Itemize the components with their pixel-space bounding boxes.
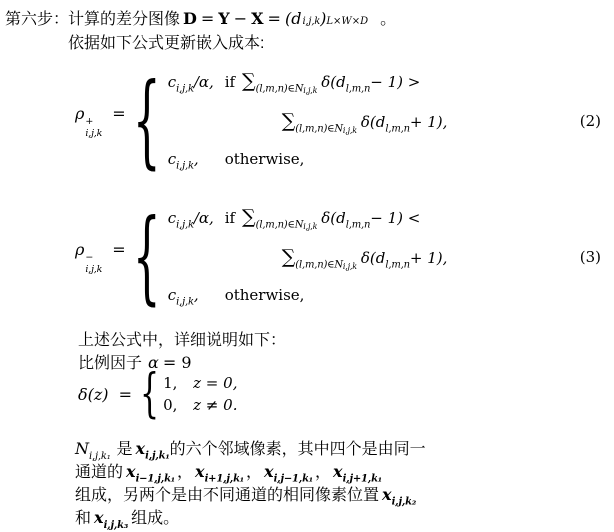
c-subscript: i,j,k (176, 220, 194, 231)
neighborhood-paragraph: Ni,j,k₁是xi,j,k₁的六个邻域像素，其中四个是由同一 通道的xi−1,… (75, 437, 605, 529)
rho-supsub: −i,j,k (85, 253, 102, 274)
sum-subscript-inner: i,j,k (303, 222, 317, 231)
case-value: ci,j,k, (168, 150, 225, 172)
separator-comma: ， (315, 464, 331, 481)
delta-term: δ(d (321, 73, 346, 91)
delta-term-subscript: l,m,n (385, 124, 409, 135)
equation-3-lhs: ρ−i,j,k = (75, 240, 131, 274)
equation-3: ρ−i,j,k = { ci,j,k/α, if ∑(l,m,n)∈Ni,j,k… (75, 198, 607, 316)
math-d-open-paren: (d (285, 9, 301, 28)
delta-term-tail: + 1), (410, 249, 448, 267)
line1-text: 的六个邻域像素，其中四个是由同一 (170, 441, 426, 458)
rho-superscript-plus: + (85, 117, 93, 127)
delta-case-1: 1, z = 0, (163, 374, 237, 392)
sum-subscript-inner: i,j,k (303, 86, 317, 95)
equals-sign: = (112, 104, 125, 123)
case-value: ci,j,k/α, (168, 73, 225, 95)
delta-case-2: 0, z ≠ 0. (163, 396, 237, 414)
sum-symbol: ∑ (242, 206, 256, 228)
otherwise-label: otherwise, (225, 286, 305, 304)
sum-subscript: (l,m,n)∈N (295, 124, 343, 135)
x-neighbor-symbol: x (126, 462, 136, 481)
x-subscript-k3: i,j,k₃ (104, 520, 129, 531)
math-d-subscript: i,j,k (302, 16, 320, 27)
delta-term-tail: − 1) < (370, 209, 420, 227)
rho-subscript: i,j,k (85, 265, 102, 275)
equals-sign-2: = (268, 9, 281, 28)
line4-suffix: 组成。 (131, 510, 179, 527)
cases-brace: { (133, 62, 161, 179)
rho-symbol: ρ (75, 104, 84, 123)
scale-factor-text: 比例因子 (78, 350, 142, 373)
equation-2-lhs: ρ+i,j,k = (75, 104, 131, 138)
case-row-1: ci,j,k/α, if ∑(l,m,n)∈Ni,j,kδ(dl,m,n− 1)… (168, 70, 448, 95)
delta-of-z: δ(z) (78, 385, 109, 404)
sum-symbol: ∑ (282, 110, 296, 132)
cases-brace: { (133, 198, 161, 315)
c-subscript: i,j,k (176, 84, 194, 95)
case-row-2: ∑(l,m,n)∈Ni,j,kδ(dl,m,n+ 1), (168, 246, 448, 271)
line4-prefix: 和 (75, 510, 91, 527)
equation-2-body: ρ+i,j,k = { ci,j,k/α, if ∑(l,m,n)∈Ni,j,k… (75, 62, 607, 180)
line2-text: 通道的 (75, 464, 123, 481)
c-symbol: c (168, 209, 176, 227)
sum-condition-2: ∑(l,m,n)∈Ni,j,kδ(dl,m,n+ 1), (282, 246, 448, 271)
x-symbol: x (136, 439, 146, 458)
sum-subscript: (l,m,n)∈N (295, 260, 343, 271)
explanation-heading: 上述公式中，详细说明如下： (78, 327, 286, 350)
sum-symbol: ∑ (242, 70, 256, 92)
x-neighbor-symbol: x (195, 462, 205, 481)
delta-term-subscript: l,m,n (346, 220, 370, 231)
intro-text: 计算的差分图像 (68, 6, 180, 29)
delta-term-subscript: l,m,n (346, 84, 370, 95)
line3-text: 组成，另两个是由不同通道的相同像素位置 (75, 487, 379, 504)
sum-subscript: (l,m,n)∈N (256, 220, 304, 231)
sum-condition-2: ∑(l,m,n)∈Ni,j,kδ(dl,m,n+ 1), (282, 110, 448, 135)
paragraph-line-3: 组成，另两个是由不同通道的相同像素位置xi,j,k₂ (75, 483, 605, 506)
equation-3-body: ρ−i,j,k = { ci,j,k/α, if ∑(l,m,n)∈Ni,j,k… (75, 198, 607, 316)
sum-subscript: (l,m,n)∈N (256, 84, 304, 95)
equals-sign: = (119, 385, 132, 404)
step-label: 第六步： (5, 6, 68, 29)
x-neighbor-symbol: x (264, 462, 274, 481)
equation-number-3: (3) (580, 248, 601, 266)
delta-definition: δ(z) = { 1, z = 0, 0, z ≠ 0. (78, 374, 237, 414)
c-symbol: c (168, 286, 176, 304)
case-row-1: ci,j,k/α, if ∑(l,m,n)∈Ni,j,kδ(dl,m,n− 1)… (168, 206, 448, 231)
c-subscript: i,j,k (176, 297, 194, 308)
case-condition: z = 0, (193, 374, 237, 392)
step-line: 第六步： 计算的差分图像 D = Y − X = (d i,j,k ) L×W×… (5, 6, 396, 29)
case-row-2: ∑(l,m,n)∈Ni,j,kδ(dl,m,n+ 1), (168, 110, 448, 135)
c-symbol: c (168, 150, 176, 168)
sum-condition: ∑(l,m,n)∈Ni,j,kδ(dl,m,n− 1) < (242, 206, 420, 231)
is-text: 是 (117, 441, 133, 458)
delta-term: δ(d (361, 249, 386, 267)
minus-sign: − (234, 9, 247, 28)
cases-brace-small: { (140, 363, 159, 424)
equals-sign: = (201, 9, 214, 28)
paragraph-line-4: 和xi,j,k₃组成。 (75, 506, 605, 529)
sum-subscript-inner: i,j,k (343, 262, 357, 271)
delta-cases: 1, z = 0, 0, z ≠ 0. (163, 374, 237, 414)
case-row-3: ci,j,k, otherwise, (168, 150, 448, 172)
comma: , (194, 286, 199, 304)
equation-3-cases: ci,j,k/α, if ∑(l,m,n)∈Ni,j,kδ(dl,m,n− 1)… (168, 206, 448, 308)
math-dimension-power: L×W×D (326, 16, 368, 27)
x-subscript-k2: i,j,k₂ (392, 497, 417, 508)
case-value: ci,j,k/α, (168, 209, 225, 231)
delta-term: δ(d (361, 113, 386, 131)
paragraph-line-2: 通道的xi−1,j,k₁，xi+1,j,k₁，xi,j−1,k₁，xi,j+1,… (75, 460, 605, 483)
case-condition: z ≠ 0. (193, 396, 237, 414)
sum-symbol: ∑ (282, 246, 296, 268)
x-neighbor-symbol: x (333, 462, 343, 481)
if-label: if (225, 209, 235, 227)
sum-condition: ∑(l,m,n)∈Ni,j,kδ(dl,m,n− 1) > (242, 70, 420, 95)
x-symbol-k3: x (94, 508, 104, 527)
x-symbol-k2: x (382, 485, 392, 504)
update-cost-line: 依据如下公式更新嵌入成本: (68, 30, 264, 53)
delta-term-tail: − 1) > (370, 73, 420, 91)
paragraph-line-1: Ni,j,k₁是xi,j,k₁的六个邻域像素，其中四个是由同一 (75, 437, 605, 460)
comma: , (194, 150, 199, 168)
over-alpha: /α, (194, 73, 214, 91)
c-subscript: i,j,k (176, 161, 194, 172)
rho-subscript: i,j,k (85, 129, 102, 139)
equation-2: ρ+i,j,k = { ci,j,k/α, if ∑(l,m,n)∈Ni,j,k… (75, 62, 607, 180)
alpha-value: = 9 (163, 353, 192, 372)
rho-supsub: +i,j,k (85, 117, 102, 138)
scale-factor-line: 比例因子 α = 9 (78, 350, 192, 373)
N-symbol: N (75, 439, 89, 458)
over-alpha: /α, (194, 209, 214, 227)
math-bold-Y: Y (218, 9, 229, 28)
case-row-3: ci,j,k, otherwise, (168, 286, 448, 308)
equation-2-cases: ci,j,k/α, if ∑(l,m,n)∈Ni,j,kδ(dl,m,n− 1)… (168, 70, 448, 172)
separator-comma: ， (177, 464, 193, 481)
cjk-period: 。 (380, 6, 396, 29)
case-value: 1, (163, 374, 193, 392)
document-page: 第六步： 计算的差分图像 D = Y − X = (d i,j,k ) L×W×… (0, 0, 614, 532)
math-bold-D: D (183, 9, 197, 28)
case-value: ci,j,k, (168, 286, 225, 308)
rho-superscript-minus: − (85, 253, 93, 263)
delta-term-subscript: l,m,n (385, 260, 409, 271)
rho-symbol: ρ (75, 240, 84, 259)
sum-subscript-inner: i,j,k (343, 126, 357, 135)
math-bold-X: X (251, 9, 263, 28)
delta-term: δ(d (321, 209, 346, 227)
equals-sign: = (112, 240, 125, 259)
separator-comma: ， (246, 464, 262, 481)
otherwise-label: otherwise, (225, 150, 305, 168)
if-label: if (225, 73, 235, 91)
c-symbol: c (168, 73, 176, 91)
case-value: 0, (163, 396, 193, 414)
delta-term-tail: + 1), (410, 113, 448, 131)
equation-number-2: (2) (580, 112, 601, 130)
delta-lhs: δ(z) = (78, 385, 137, 404)
